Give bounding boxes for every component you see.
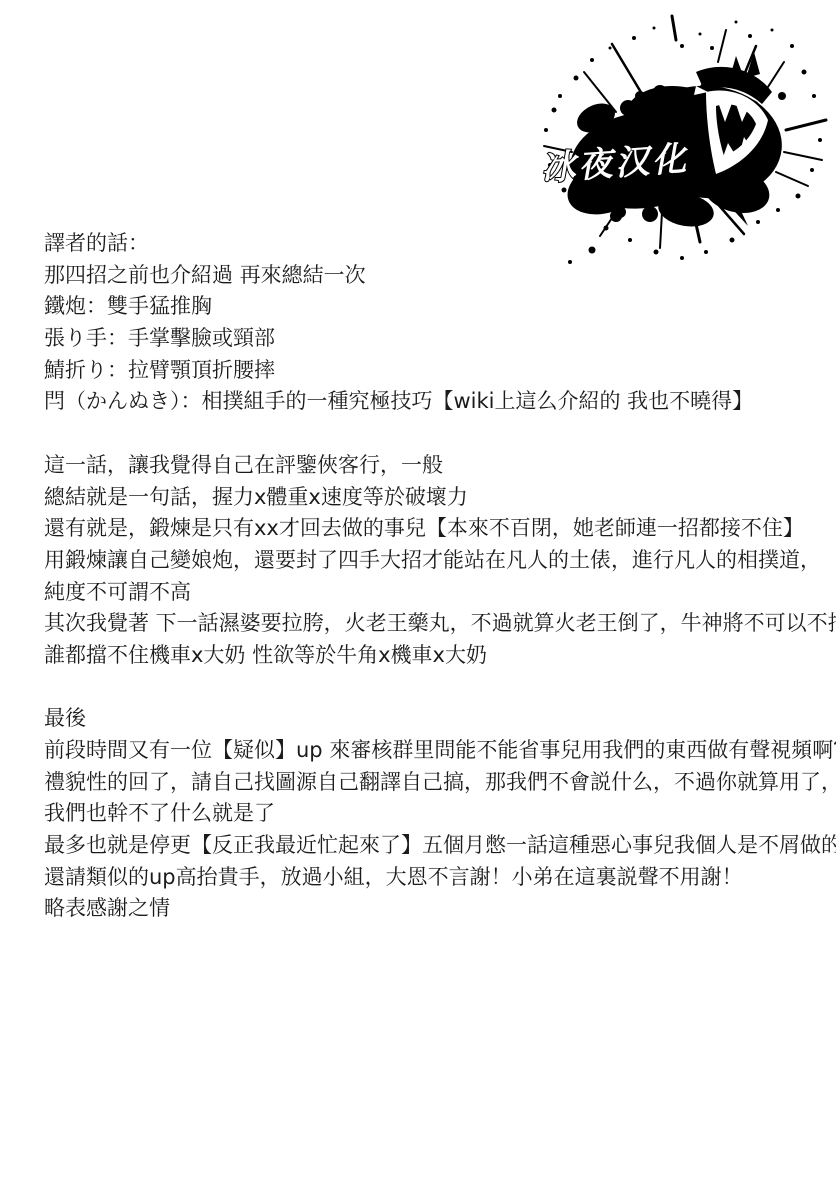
note-line: 總結就是一句話，握力x體重x速度等於破壞力 bbox=[44, 482, 816, 514]
note-line: 其次我覺著 下一話濕婆要拉胯，火老王藥丸，不過就算火老王倒了，牛神將不可以不抽 bbox=[44, 608, 816, 640]
note-paragraph-commentary: 這一話，讓我覺得自己在評鑒俠客行，一般 總結就是一句話，握力x體重x速度等於破壞… bbox=[44, 450, 816, 672]
note-line: 純度不可謂不高 bbox=[44, 577, 816, 609]
note-line: 用鍛煉讓自己變娘炮，還要封了四手大招才能站在凡人的土俵，進行凡人的相撲道， bbox=[44, 545, 816, 577]
note-line: 那四招之前也介紹過 再來總結一次 bbox=[44, 260, 816, 292]
note-line: 前段時間又有一位【疑似】up 來審核群里問能不能省事兒用我們的東西做有聲視頻啊？ bbox=[44, 735, 816, 767]
note-line: 鯖折り：拉臂顎頂折腰摔 bbox=[44, 355, 816, 387]
note-line: 還請類似的up高抬貴手，放過小組，大恩不言謝！小弟在這裏説聲不用謝！ bbox=[44, 862, 816, 894]
note-line: 禮貌性的回了，請自己找圖源自己翻譯自己搞，那我們不會説什么，不過你就算用了， bbox=[44, 767, 816, 799]
note-paragraph-closing: 最後 前段時間又有一位【疑似】up 來審核群里問能不能省事兒用我們的東西做有聲視… bbox=[44, 703, 816, 925]
note-line: 誰都擋不住機車x大奶 性欲等於牛角x機車x大奶 bbox=[44, 640, 816, 672]
translator-note-page: 冰夜汉化 譯者的話： 那四招之前也介紹過 再來總結一次 鐵炮：雙手猛推胸 張り手… bbox=[0, 0, 836, 1200]
note-line: 還有就是，鍛煉是只有xx才回去做的事兒【本來不百閉，她老師連一招都接不住】 bbox=[44, 513, 816, 545]
note-line: 鐵炮：雙手猛推胸 bbox=[44, 291, 816, 323]
note-line: 譯者的話： bbox=[44, 228, 816, 260]
translator-note-text: 譯者的話： 那四招之前也介紹過 再來總結一次 鐵炮：雙手猛推胸 張り手：手掌擊臉… bbox=[44, 228, 816, 925]
note-line: 我們也幹不了什么就是了 bbox=[44, 798, 816, 830]
note-paragraph-techniques: 譯者的話： 那四招之前也介紹過 再來總結一次 鐵炮：雙手猛推胸 張り手：手掌擊臉… bbox=[44, 228, 816, 418]
note-line: 最後 bbox=[44, 703, 816, 735]
note-line: 略表感謝之情 bbox=[44, 893, 816, 925]
note-line: 張り手：手掌擊臉或頸部 bbox=[44, 323, 816, 355]
note-line: 這一話，讓我覺得自己在評鑒俠客行，一般 bbox=[44, 450, 816, 482]
note-line: 最多也就是停更【反正我最近忙起來了】五個月憋一話這種惡心事兒我個人是不屑做的 bbox=[44, 830, 816, 862]
note-line: 閂（かんぬき）：相撲組手的一種究極技巧【wiki上這么介紹的 我也不曉得】 bbox=[44, 386, 816, 418]
